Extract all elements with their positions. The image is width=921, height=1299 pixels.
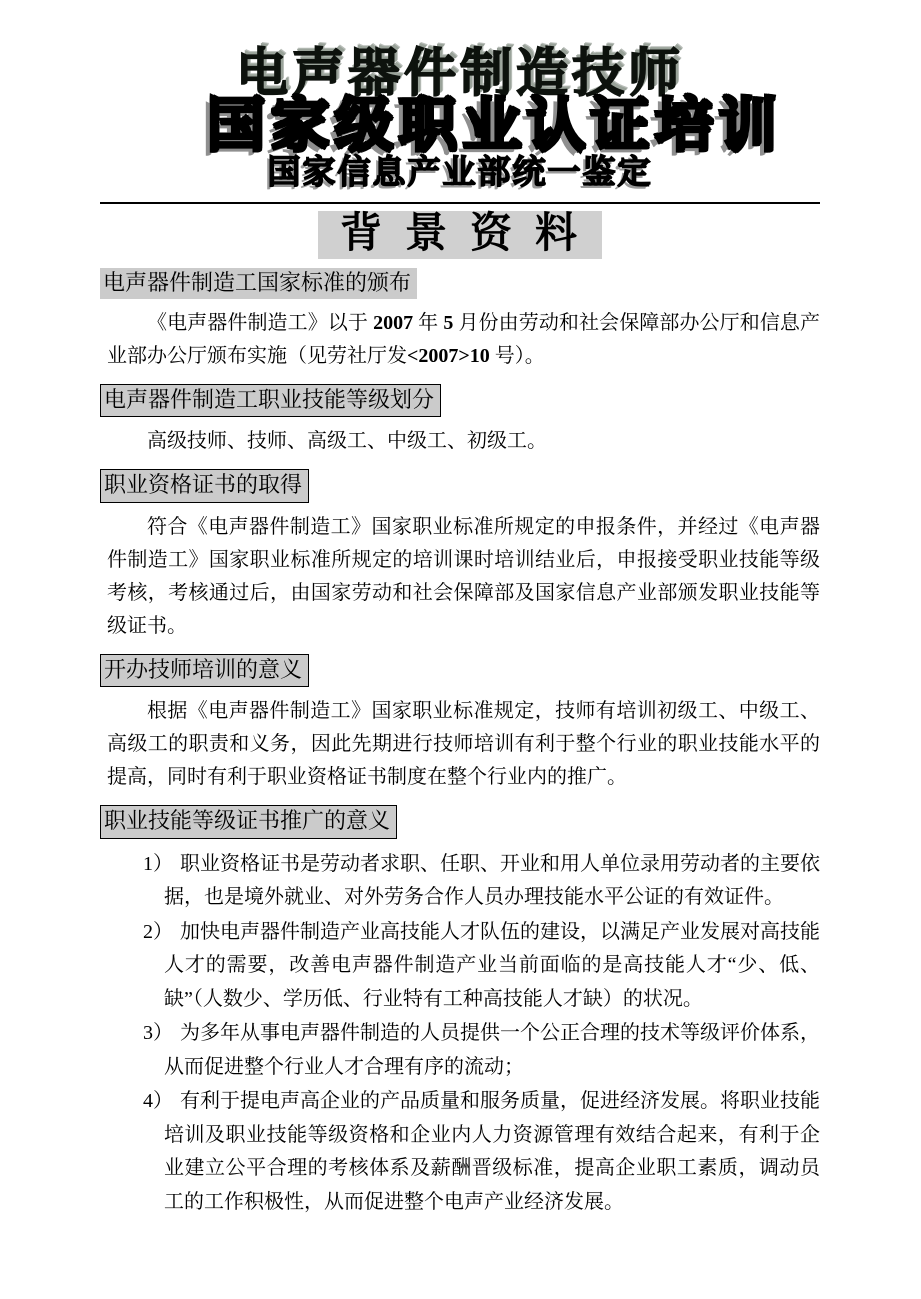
section-paragraph: 《电声器件制造工》以于 2007 年 5 月份由劳动和社会保障部办公厅和信息产业… [107, 307, 820, 373]
section-certificate-acquisition: 职业资格证书的取得 符合《电声器件制造工》国家职业标准所规定的申报条件，并经过《… [100, 469, 820, 642]
doc-title: 背景资料 [318, 211, 602, 259]
section-heading: 开办技师培训的意义 [100, 654, 309, 687]
paragraph-text: 年 [413, 312, 443, 334]
list-item-text: 职业资格证书是劳动者求职、任职、开业和用人单位录用劳动者的主要依据，也是境外就业… [164, 853, 820, 909]
section-heading: 电声器件制造工国家标准的颁布 [100, 268, 417, 299]
list-item-text: 有利于提电声高企业的产品质量和服务质量，促进经济发展。将职业技能培训及职业技能等… [164, 1090, 820, 1213]
list-item-text: 加快电声器件制造产业高技能人才队伍的建设，以满足产业发展对高技能人才的需要，改善… [164, 921, 820, 1010]
list-item: 2）加快电声器件制造产业高技能人才队伍的建设，以满足产业发展对高技能人才的需要，… [120, 916, 820, 1017]
section-skill-grades: 电声器件制造工职业技能等级划分 高级技师、技师、高级工、中级工、初级工。 [100, 384, 820, 458]
doc-title-wrap: 背景资料 [100, 211, 820, 259]
list-item-number: 2） [143, 916, 180, 950]
paragraph-bold-number: <2007>10 [407, 345, 490, 367]
list-item: 4）有利于提电声高企业的产品质量和服务质量，促进经济发展。将职业技能培训及职业技… [120, 1085, 820, 1219]
paragraph-bold-number: 5 [443, 312, 453, 334]
section-training-significance: 开办技师培训的意义 根据《电声器件制造工》国家职业标准规定，技师有培训初级工、中… [100, 654, 820, 794]
list-item-number: 1） [143, 848, 180, 882]
document-page: 电声器件制造技师 国家级职业认证培训 国家信息产业部统一鉴定 背景资料 电声器件… [0, 0, 921, 1299]
list-item-text: 为多年从事电声器件制造的人员提供一个公正合理的技术等级评价体系，从而促进整个行业… [164, 1022, 820, 1078]
section-paragraph: 根据《电声器件制造工》国家职业标准规定，技师有培训初级工、中级工、高级工的职责和… [107, 695, 820, 794]
section-standard-promulgation: 电声器件制造工国家标准的颁布 《电声器件制造工》以于 2007 年 5 月份由劳… [100, 268, 820, 373]
section-heading: 职业技能等级证书推广的意义 [100, 805, 397, 838]
section-certificate-promotion: 职业技能等级证书推广的意义 1）职业资格证书是劳动者求职、任职、开业和用人单位录… [100, 805, 820, 1219]
list-item: 1）职业资格证书是劳动者求职、任职、开业和用人单位录用劳动者的主要依据，也是境外… [120, 848, 820, 915]
masthead: 电声器件制造技师 国家级职业认证培训 国家信息产业部统一鉴定 [100, 48, 820, 190]
section-heading: 电声器件制造工职业技能等级划分 [100, 384, 441, 417]
paragraph-text: 号）。 [490, 345, 545, 367]
masthead-title-tertiary: 国家信息产业部统一鉴定 [100, 157, 820, 190]
horizontal-rule [100, 202, 820, 204]
paragraph-bold-number: 2007 [373, 312, 413, 334]
list-item-number: 4） [143, 1085, 180, 1119]
section-paragraph: 符合《电声器件制造工》国家职业标准所规定的申报条件，并经过《电声器件制造工》国家… [107, 511, 820, 643]
section-heading: 职业资格证书的取得 [100, 469, 309, 502]
paragraph-text: 《电声器件制造工》以于 [147, 312, 373, 334]
masthead-title-secondary: 国家级职业认证培训 [170, 97, 820, 155]
section-paragraph: 高级技师、技师、高级工、中级工、初级工。 [107, 425, 820, 458]
numbered-list: 1）职业资格证书是劳动者求职、任职、开业和用人单位录用劳动者的主要依据，也是境外… [120, 848, 820, 1220]
list-item-number: 3） [143, 1017, 180, 1051]
list-item: 3）为多年从事电声器件制造的人员提供一个公正合理的技术等级评价体系，从而促进整个… [120, 1017, 820, 1084]
